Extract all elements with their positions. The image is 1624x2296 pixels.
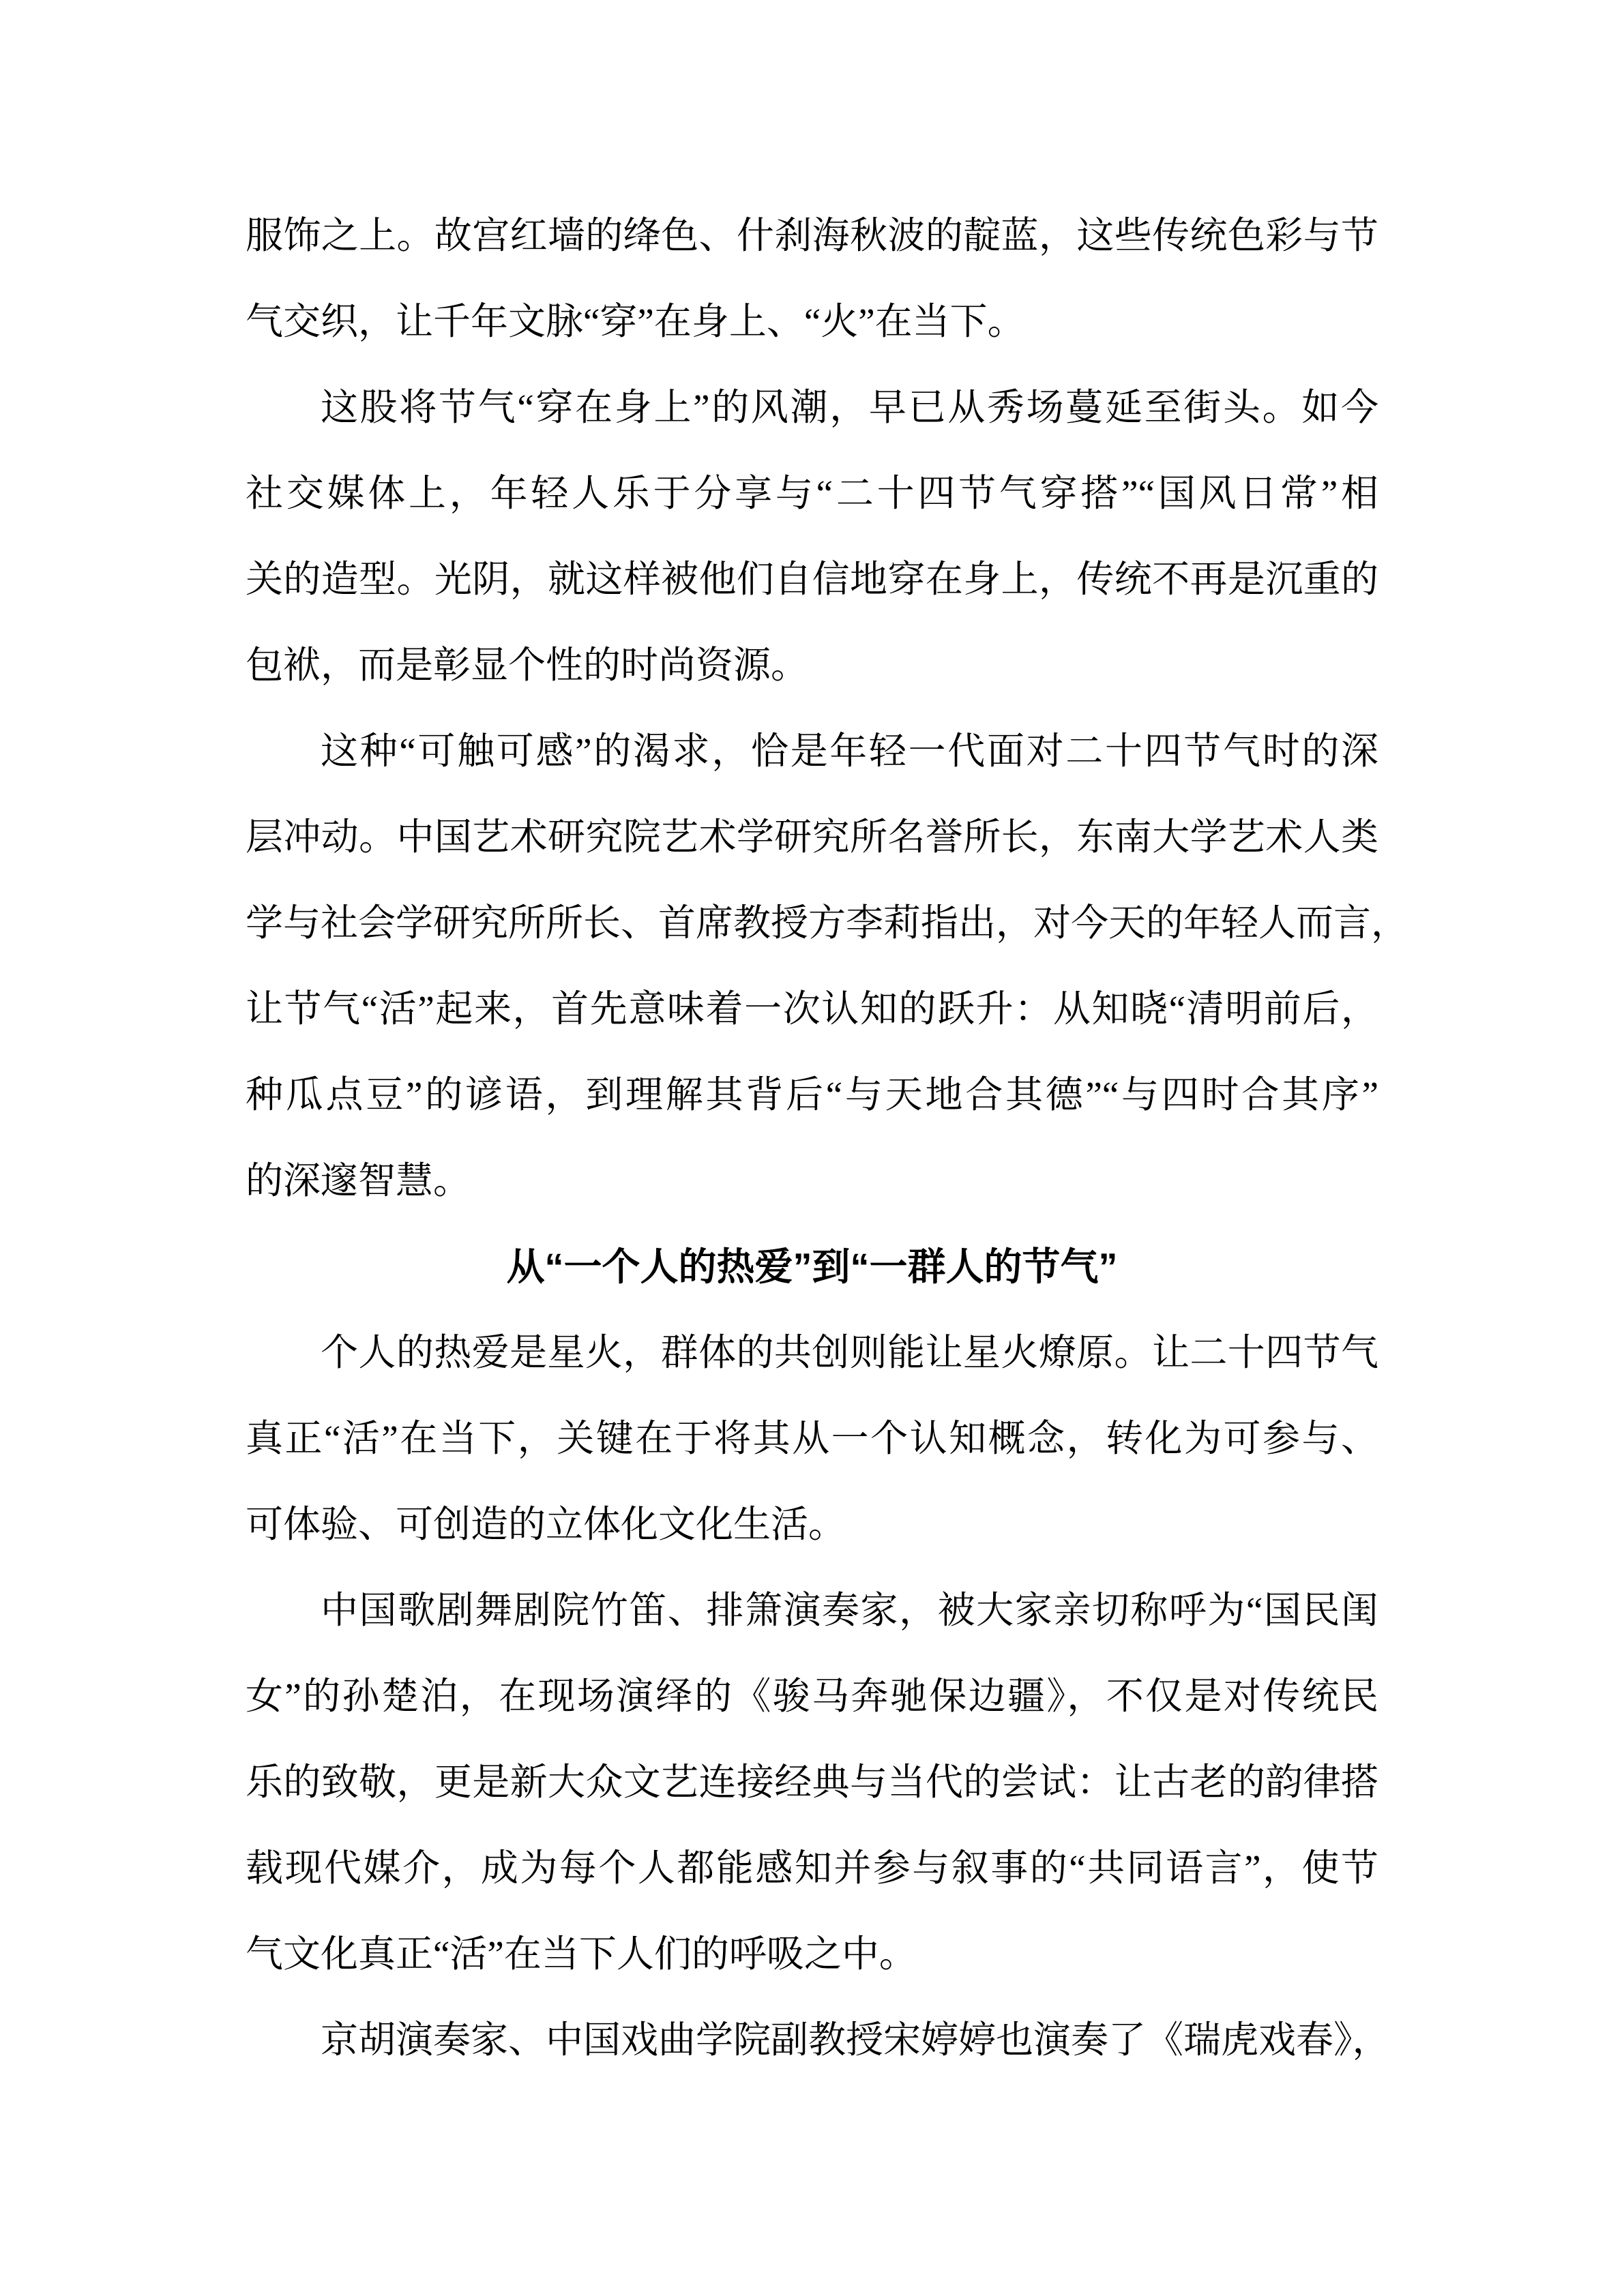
text-line: 气交织，让千年文脉“穿”在身上、“火”在当下。 — [246, 279, 1378, 365]
text-line: 个人的热爱是星火，群体的共创则能让星火燎原。让二十四节气 — [246, 1310, 1378, 1396]
section-heading: 从“一个人的热爱”到“一群人的节气” — [246, 1224, 1378, 1310]
text-line: 让节气“活”起来，首先意味着一次认知的跃升：从知晓“清明前后， — [246, 966, 1378, 1052]
text-line: 社交媒体上，年轻人乐于分享与“二十四节气穿搭”“国风日常”相 — [246, 451, 1378, 537]
text-line: 京胡演奏家、中国戏曲学院副教授宋婷婷也演奏了《瑞虎戏春》， — [246, 1997, 1378, 2083]
text-line: 这种“可触可感”的渴求，恰是年轻一代面对二十四节气时的深 — [246, 709, 1378, 794]
text-line: 气文化真正“活”在当下人们的呼吸之中。 — [246, 1911, 1378, 1997]
text-line: 学与社会学研究所所长、首席教授方李莉指出，对今天的年轻人而言， — [246, 880, 1378, 966]
document-page: 服饰之上。故宫红墙的绛色、什刹海秋波的靛蓝，这些传统色彩与节气交织，让千年文脉“… — [0, 0, 1624, 2296]
document-body: 服饰之上。故宫红墙的绛色、什刹海秋波的靛蓝，这些传统色彩与节气交织，让千年文脉“… — [246, 193, 1378, 2083]
text-line: 的深邃智慧。 — [246, 1138, 1378, 1224]
text-line: 包袱，而是彰显个性的时尚资源。 — [246, 623, 1378, 709]
text-line: 真正“活”在当下，关键在于将其从一个认知概念，转化为可参与、 — [246, 1396, 1378, 1482]
text-line: 可体验、可创造的立体化文化生活。 — [246, 1482, 1378, 1568]
text-line: 服饰之上。故宫红墙的绛色、什刹海秋波的靛蓝，这些传统色彩与节 — [246, 193, 1378, 279]
text-line: 层冲动。中国艺术研究院艺术学研究所名誉所长，东南大学艺术人类 — [246, 794, 1378, 880]
text-line: 关的造型。光阴，就这样被他们自信地穿在身上，传统不再是沉重的 — [246, 537, 1378, 623]
text-line: 中国歌剧舞剧院竹笛、排箫演奏家，被大家亲切称呼为“国民闺 — [246, 1568, 1378, 1654]
text-line: 种瓜点豆”的谚语，到理解其背后“与天地合其德”“与四时合其序” — [246, 1052, 1378, 1138]
text-line: 载现代媒介，成为每个人都能感知并参与叙事的“共同语言”，使节 — [246, 1825, 1378, 1911]
text-line: 女”的孙楚泊，在现场演绎的《骏马奔驰保边疆》，不仅是对传统民 — [246, 1654, 1378, 1740]
text-line: 这股将节气“穿在身上”的风潮，早已从秀场蔓延至街头。如今 — [246, 365, 1378, 451]
text-line: 乐的致敬，更是新大众文艺连接经典与当代的尝试：让古老的韵律搭 — [246, 1740, 1378, 1825]
